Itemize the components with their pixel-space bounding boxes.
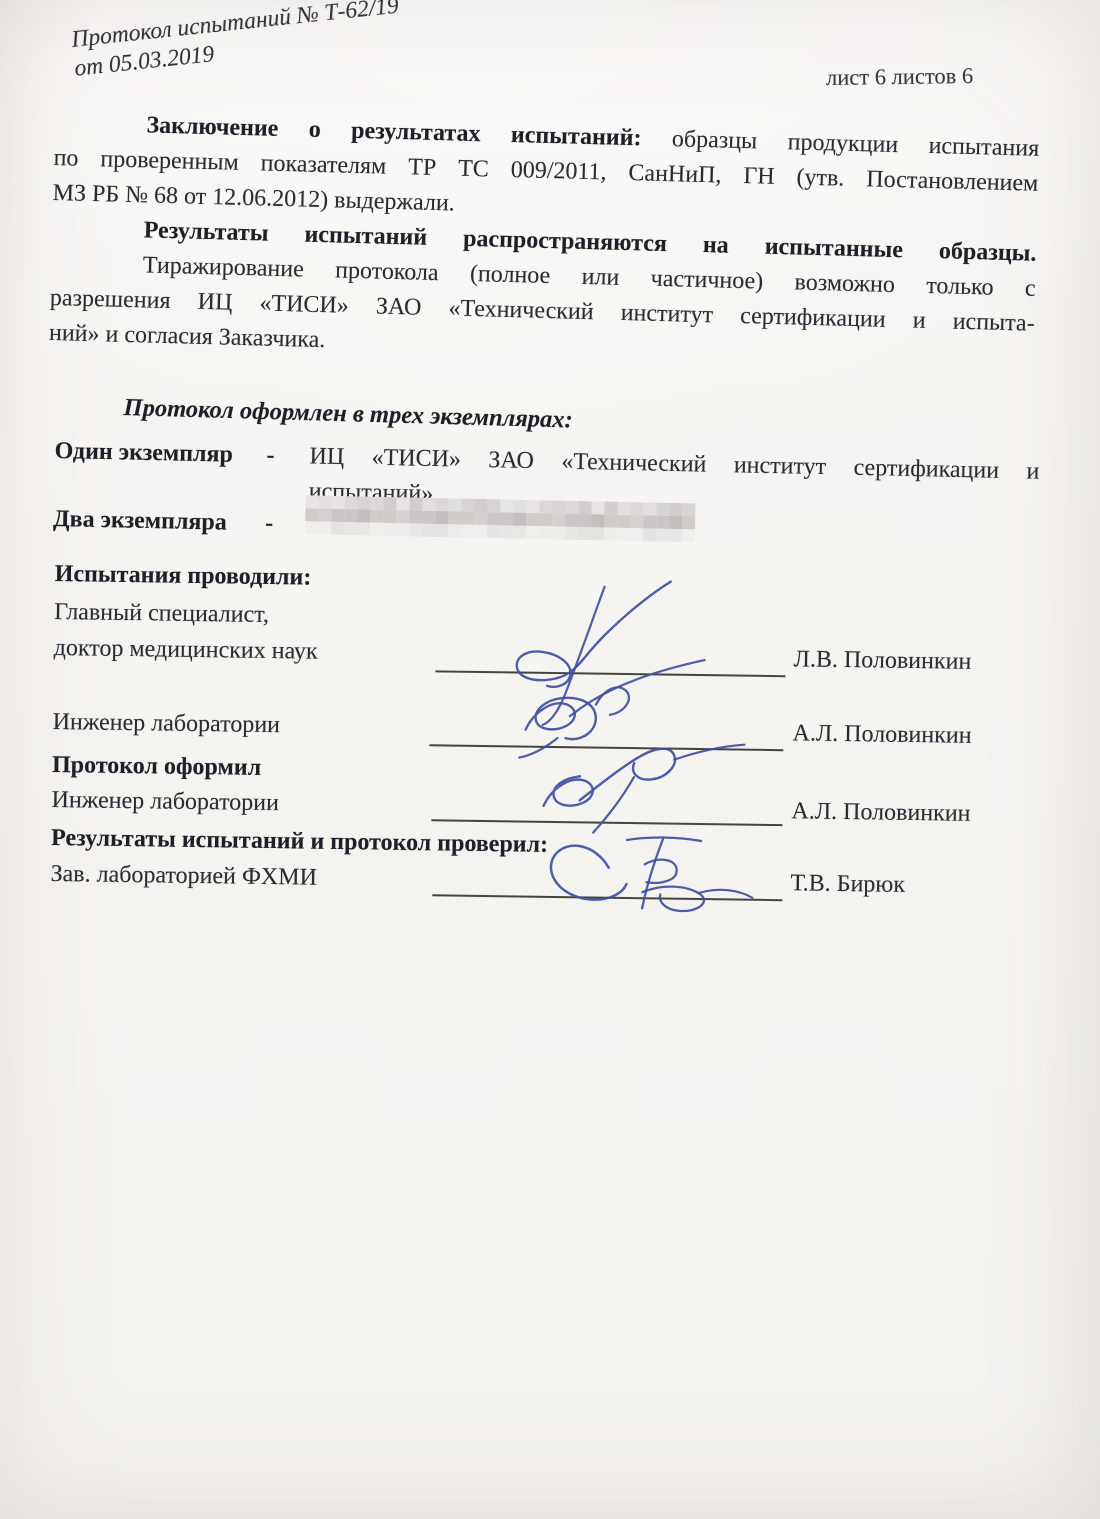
- sig-row4-name: Т.В. Бирюк: [790, 866, 905, 903]
- sig-row3-role: Инженер лаборатории: [51, 783, 279, 821]
- conclusion-lead-rest: образцы продукции испытания: [672, 126, 1040, 162]
- sheet-counter: лист 6 листов 6: [826, 63, 973, 91]
- sig-row1-name: Л.В. Половинкин: [793, 642, 971, 679]
- copies-row2-label: Два экземпляра: [53, 502, 227, 541]
- signature-4-ink: [542, 829, 758, 940]
- formed-title: Протокол оформил: [52, 748, 262, 786]
- sig-row1-role-line1: Главный специалист,: [54, 595, 269, 633]
- sig-row2-role: Инженер лаборатории: [52, 705, 280, 743]
- sig-row2-name: А.Л. Половинкин: [792, 716, 971, 753]
- copies-title: Протокол оформлен в трех экземплярах:: [123, 394, 573, 435]
- conducted-title: Испытания проводили:: [55, 557, 312, 596]
- copies-list: Один экземпляр - ИЦ «ТИСИ» ЗАО «Техничес…: [55, 432, 1040, 453]
- copies-row2-dash: -: [265, 506, 274, 541]
- signature-section: Испытания проводили: Главный специалист,…: [55, 557, 1055, 571]
- header-protocol-ref: Протокол испытаний № Т-62/19 от 05.03.20…: [70, 0, 494, 84]
- document-page: Протокол испытаний № Т-62/19 от 05.03.20…: [0, 0, 1100, 1519]
- sig-row3-name: А.Л. Половинкин: [791, 794, 970, 831]
- checked-title: Результаты испытаний и протокол проверил…: [51, 821, 548, 863]
- copies-row1-label: Один экземпляр: [54, 434, 233, 473]
- redacted-text: [305, 495, 696, 542]
- copies-row1-dash: -: [266, 438, 275, 473]
- sig-row1-role-line2: доктор медицинских наук: [53, 631, 317, 670]
- sig-row4-role: Зав. лабораторией ФХМИ: [50, 857, 317, 896]
- conclusion-section: Заключение о результатах испытаний: обра…: [49, 106, 1040, 377]
